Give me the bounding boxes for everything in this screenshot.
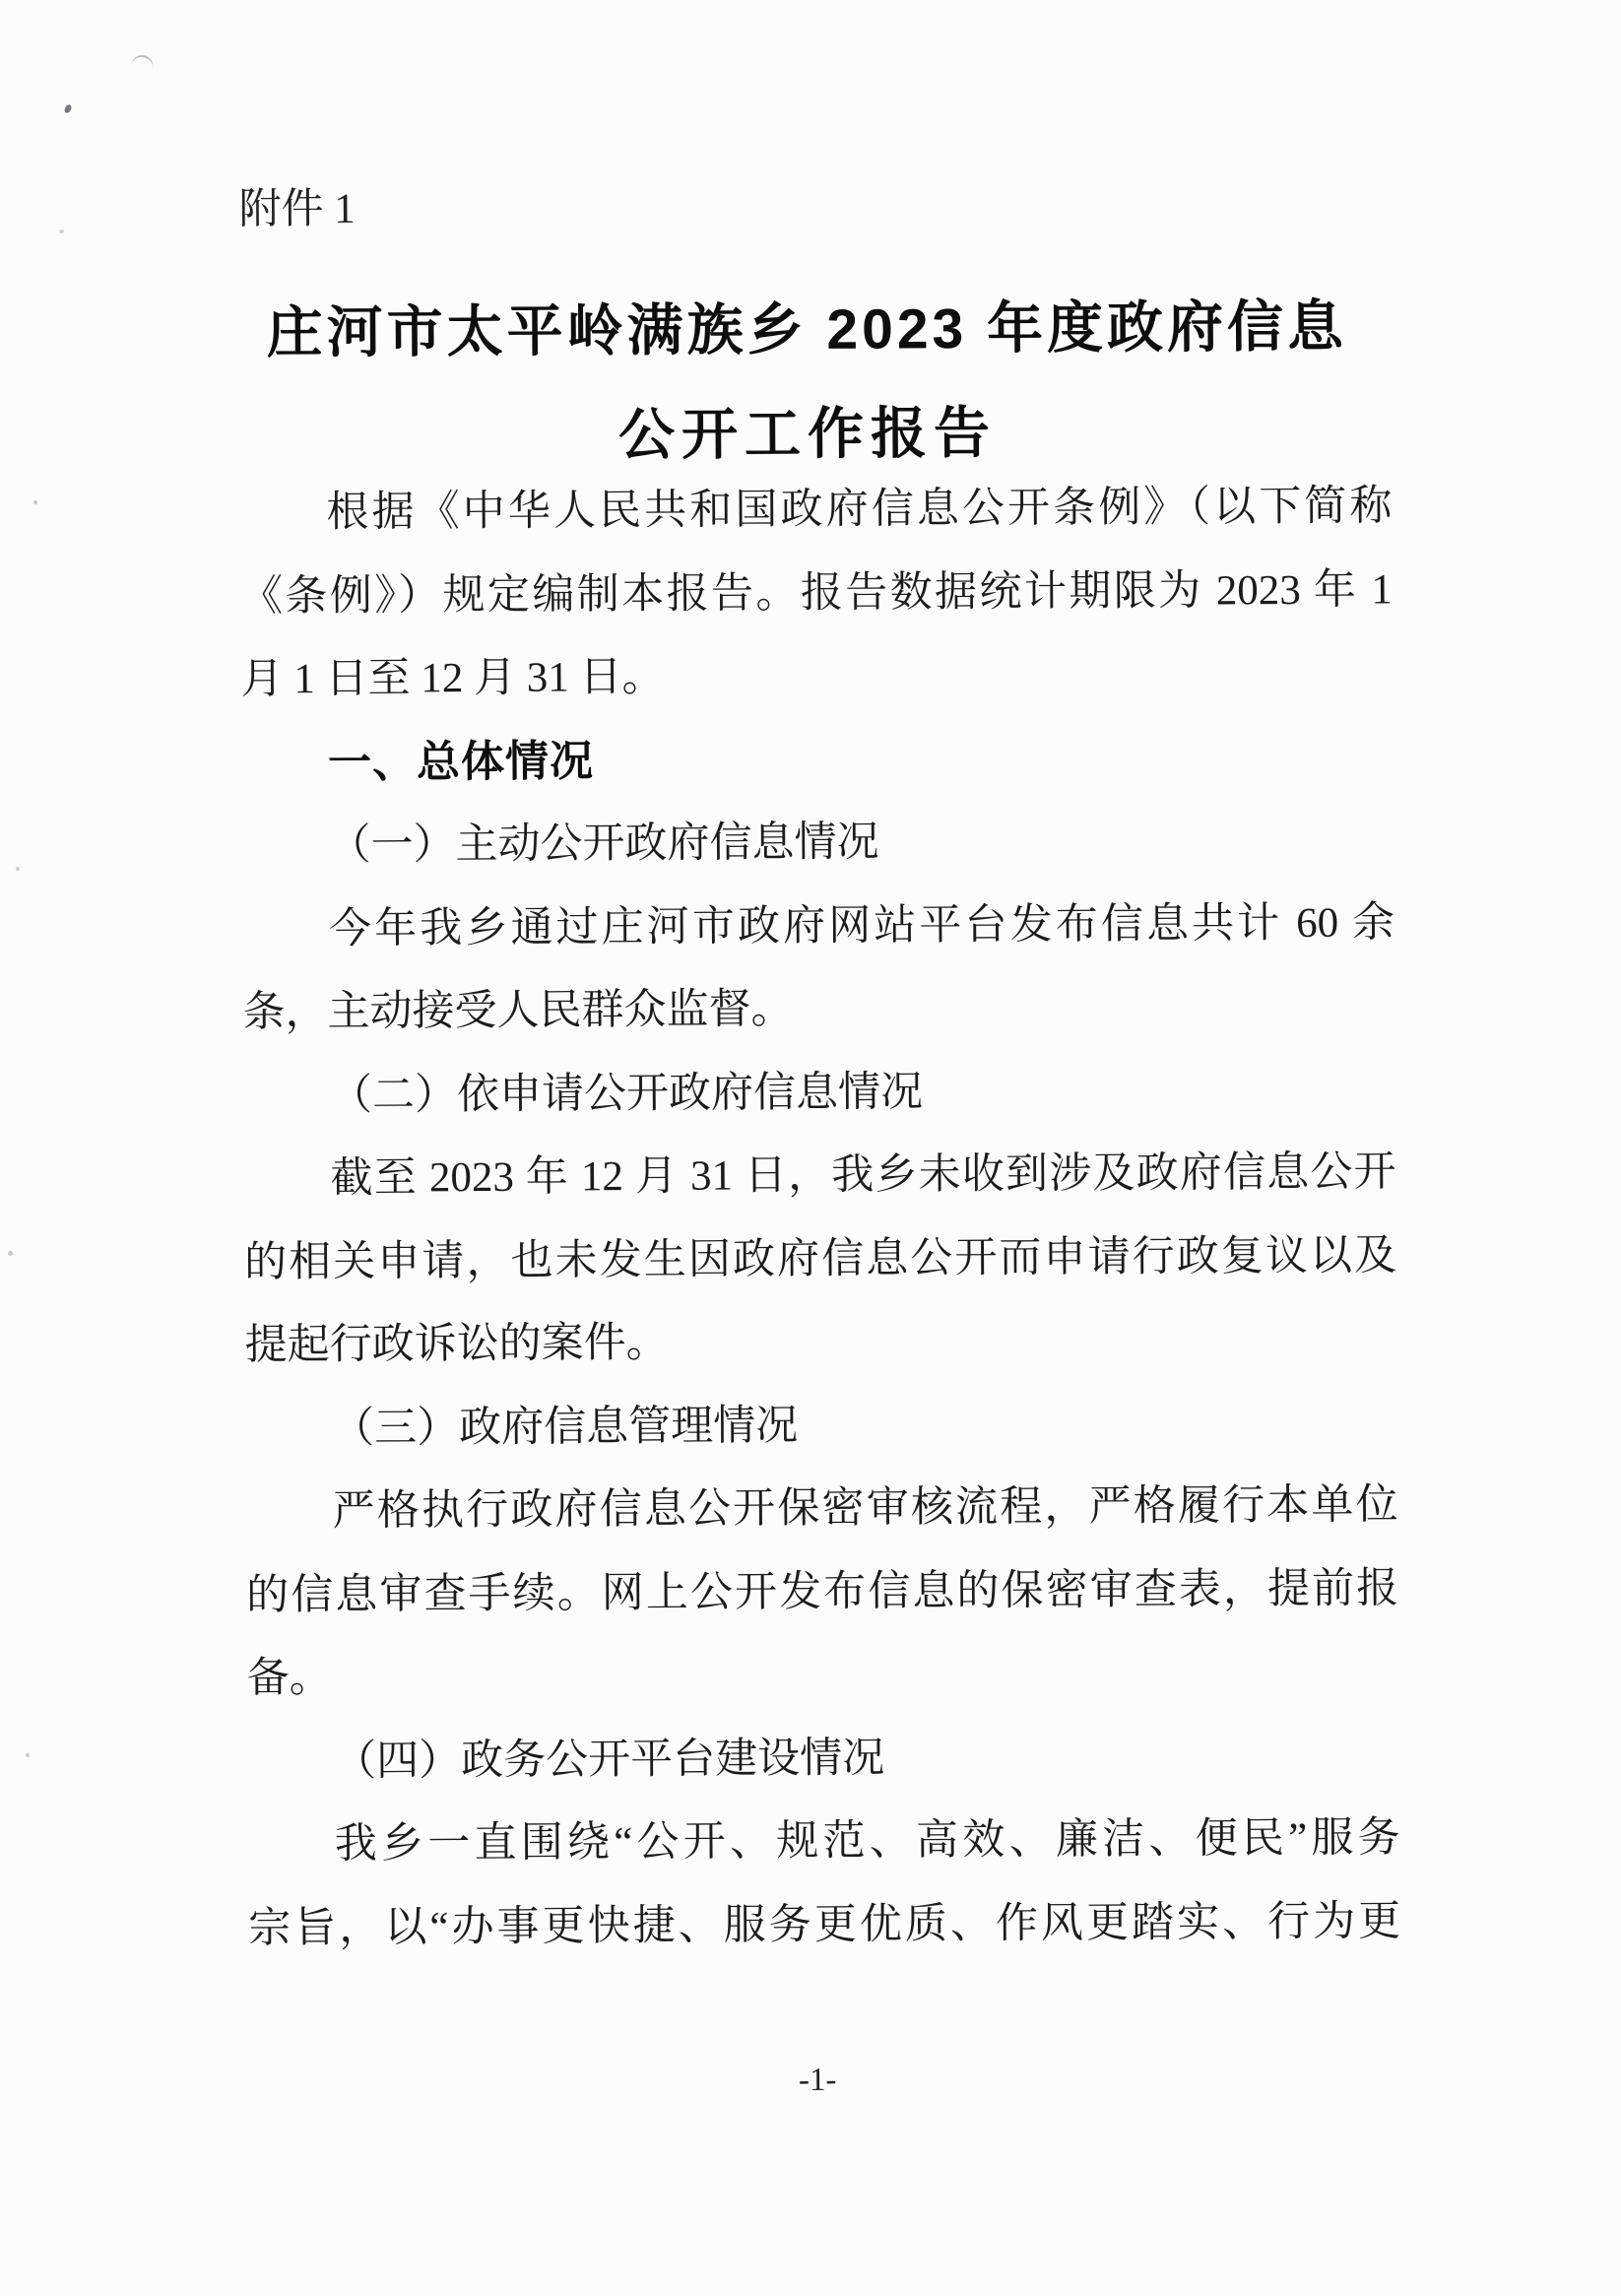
document-title-line-1: 庄河市太平岭满族乡 2023 年度政府信息 [0,280,1618,370]
body-line: 截至 2023 年 12 月 31 日，我乡未收到涉及政府信息公开 [243,1131,1395,1221]
page-number: -1- [7,2058,1621,2104]
subsection-heading-1: （一）主动公开政府信息情况 [241,798,1394,888]
document-body: 根据《中华人民共和国政府信息公开条例》（以下简称 《条例》）规定编制本报告。报告… [239,465,1400,1970]
body-line: 宗旨，以“办事更快捷、服务更优质、作风更踏实、行为更 [248,1880,1400,1971]
document-content: 附件 1 庄河市太平岭满族乡 2023 年度政府信息 公开工作报告 根据《中华人… [0,0,1621,2296]
body-line: 今年我乡通过庄河市政府网站平台发布信息共计 60 余 [242,882,1394,972]
body-line: 的相关申请，也未发生因政府信息公开而申请行政复议以及 [244,1214,1396,1305]
body-line: 我乡一直围绕“公开、规范、高效、廉洁、便民”服务 [247,1797,1399,1887]
body-line: 月 1 日至 12 月 31 日。 [240,631,1393,722]
body-line: 条，主动接受人民群众监督。 [242,964,1394,1055]
body-line: 根据《中华人民共和国政府信息公开条例》（以下简称 [239,465,1392,556]
subsection-heading-4: （四）政务公开平台建设情况 [247,1714,1399,1804]
attachment-label: 附件 1 [238,186,356,234]
subsection-heading-2: （二）依申请公开政府信息情况 [243,1048,1395,1139]
body-line: 备。 [246,1630,1398,1721]
document-title-line-2: 公开工作报告 [0,384,1618,475]
body-line: 《条例》）规定编制本报告。报告数据统计期限为 2023 年 1 [240,549,1393,639]
body-line: 严格执行政府信息公开保密审核流程，严格履行本单位 [245,1464,1397,1554]
body-line: 提起行政诉讼的案件。 [244,1297,1396,1388]
scanned-document-page: 附件 1 庄河市太平岭满族乡 2023 年度政府信息 公开工作报告 根据《中华人… [0,0,1621,2296]
section-heading-overall: 一、总体情况 [241,715,1394,806]
body-line: 的信息审查手续。网上公开发布信息的保密审查表，提前报 [246,1547,1398,1638]
subsection-heading-3: （三）政府信息管理情况 [245,1381,1397,1472]
